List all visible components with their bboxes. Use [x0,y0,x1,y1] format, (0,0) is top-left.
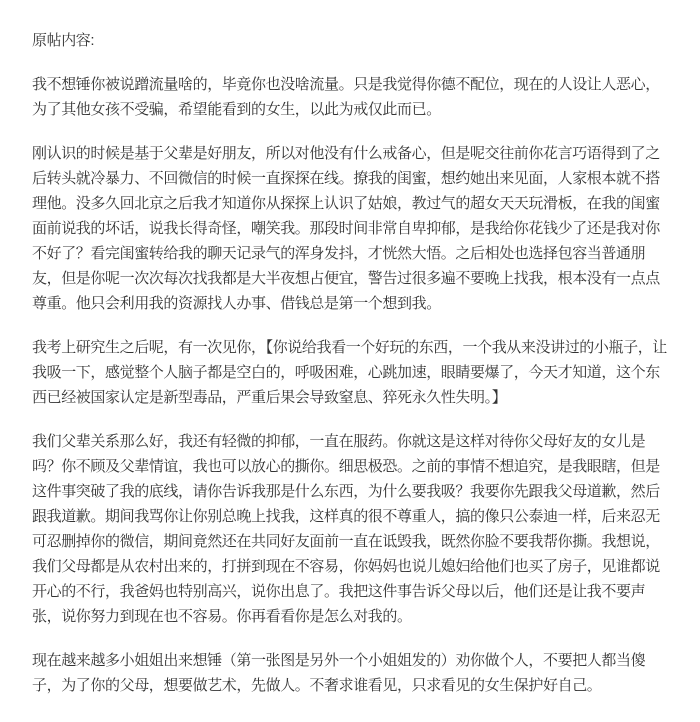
post-paragraph-5: 现在越来越多小姐姐出来想锤（第一张图是另外一个小姐姐发的）劝你做个人，不要把人都… [32,648,668,698]
post-paragraph-3: 我考上研究生之后呢，有一次见你，【你说给我看一个好玩的东西，一个我从来没讲过的小… [32,335,668,410]
post-content-page: 原帖内容: 我不想锤你被说蹭流量啥的，毕竟你也没啥流量。只是我觉得你德不配位，现… [0,0,700,722]
post-paragraph-1: 我不想锤你被说蹭流量啥的，毕竟你也没啥流量。只是我觉得你德不配位，现在的人设让人… [32,72,668,122]
post-paragraph-2: 刚认识的时候是基于父辈是好朋友，所以对他没有什么戒备心，但是呢交往前你花言巧语得… [32,141,668,316]
post-content-label: 原帖内容: [32,28,668,53]
post-paragraph-4: 我们父辈关系那么好，我还有轻微的抑郁，一直在服药。你就这是这样对待你父母好友的女… [32,429,668,629]
